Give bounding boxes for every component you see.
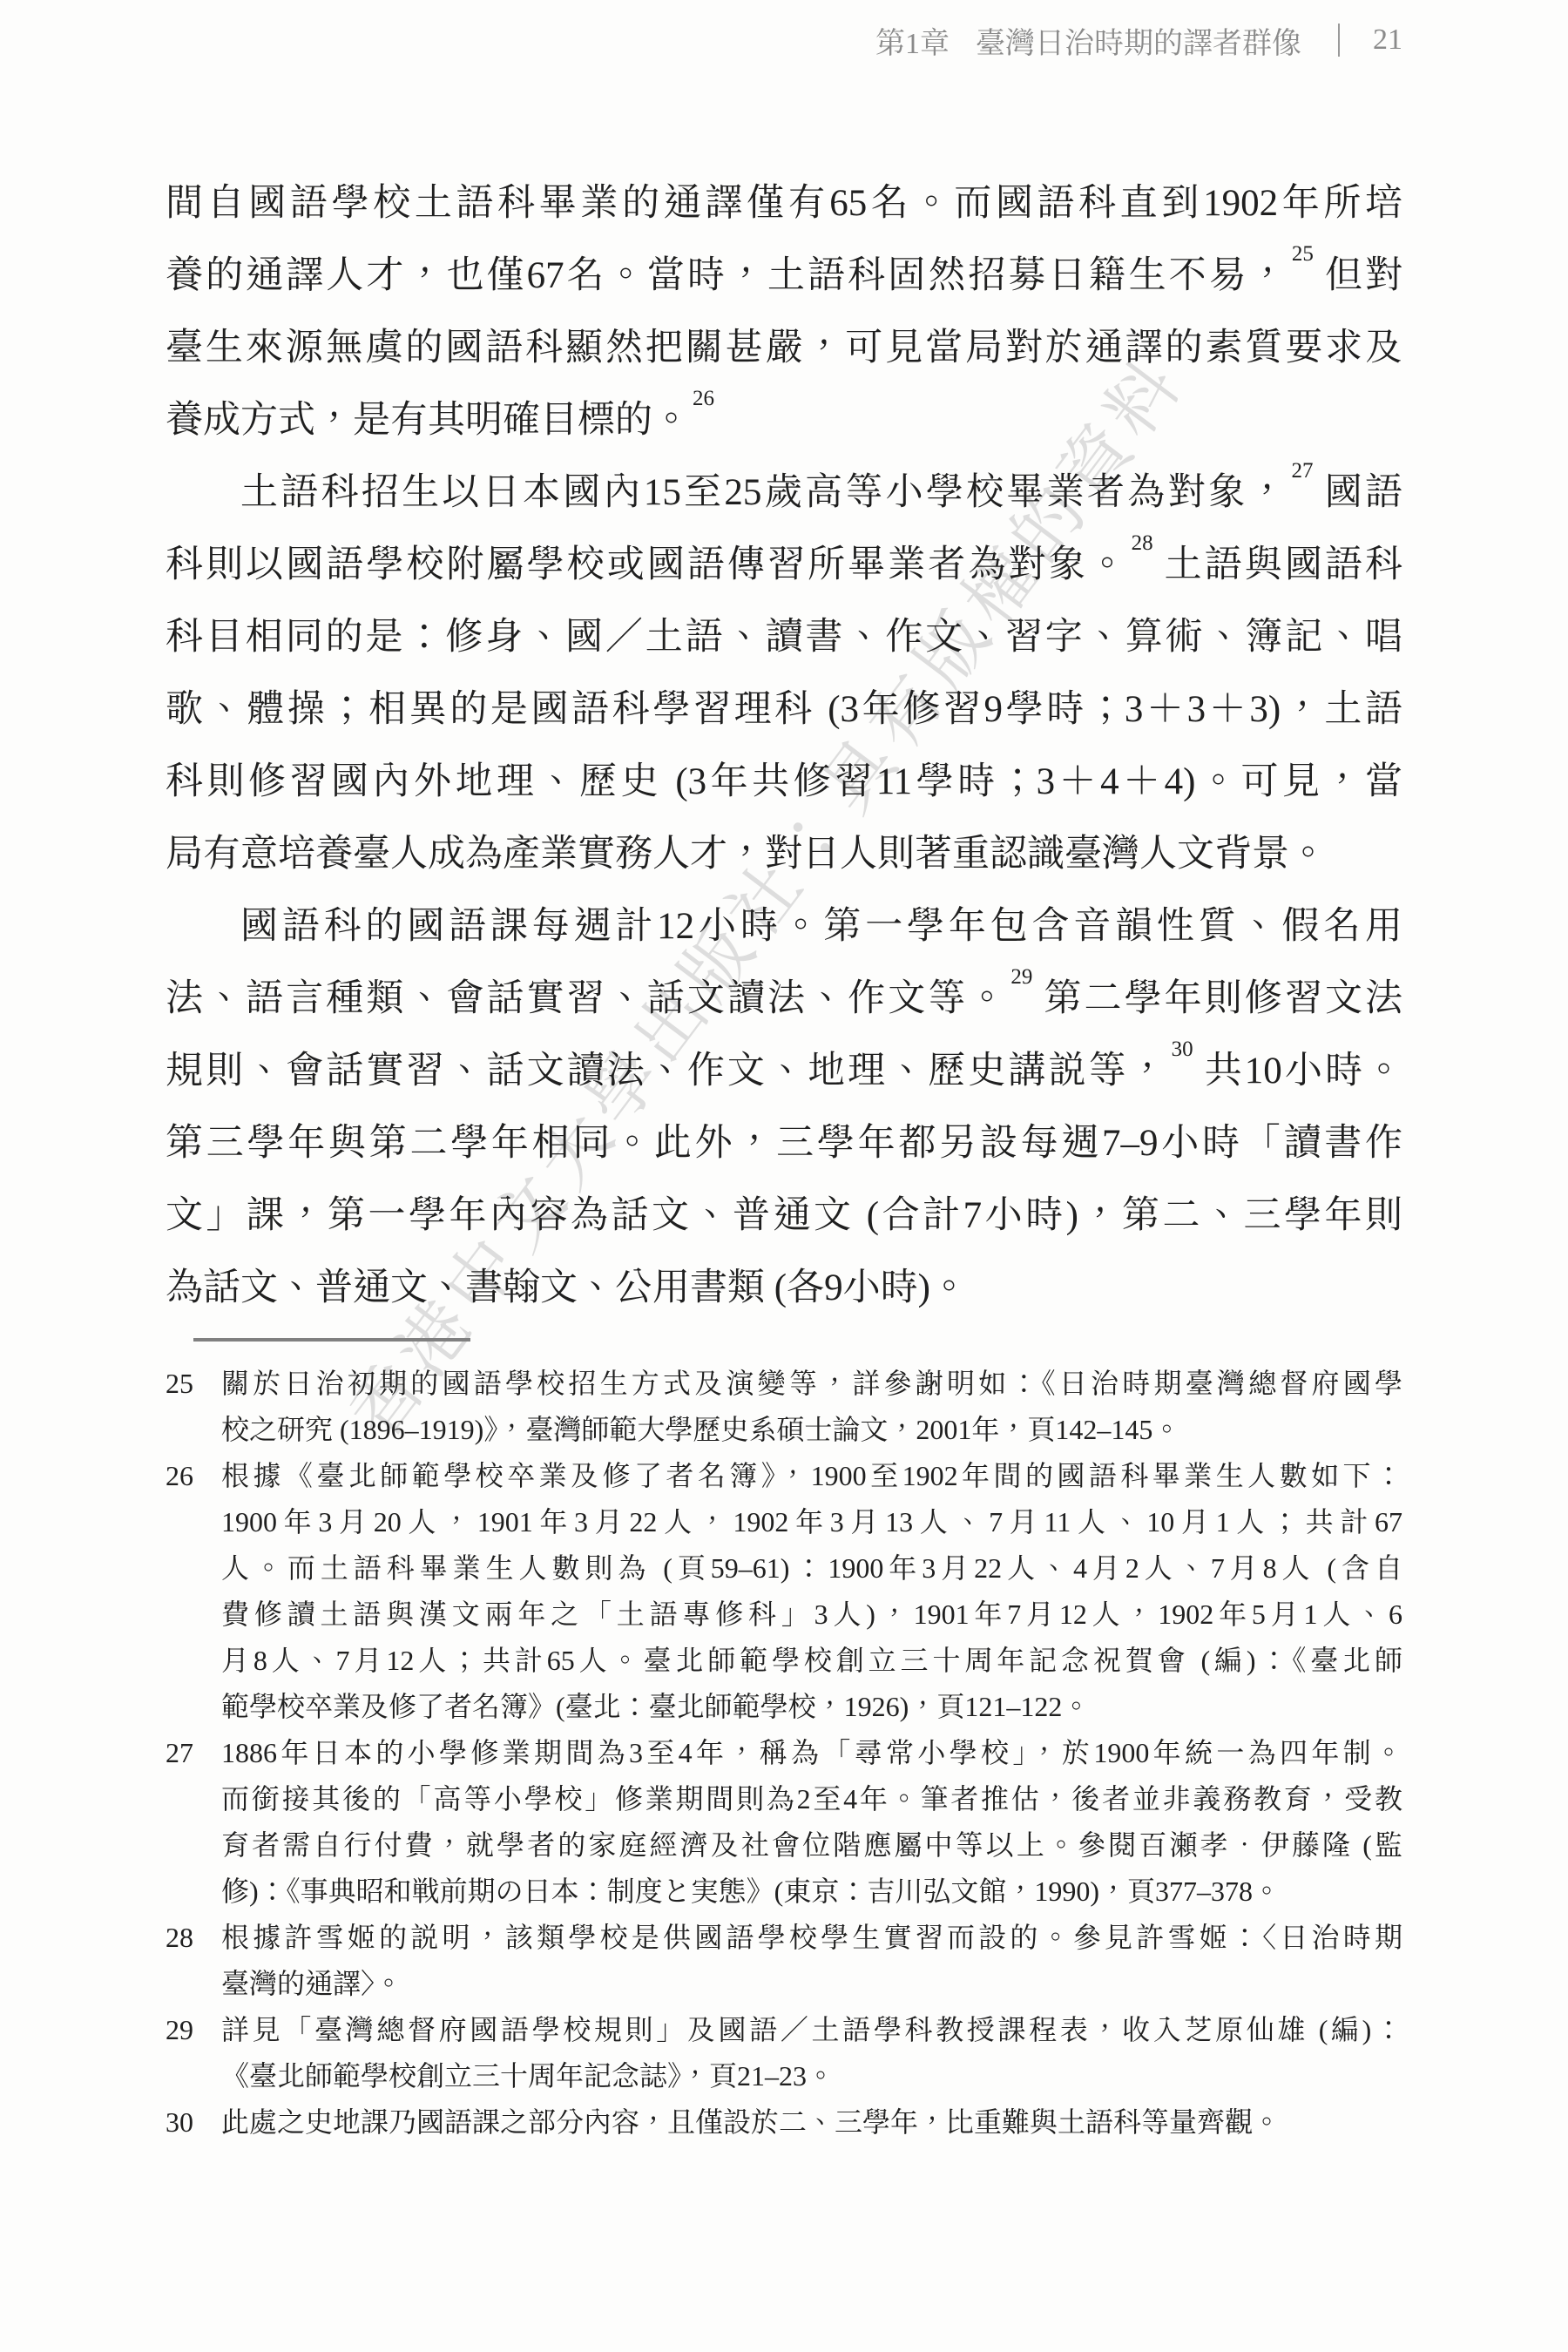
- running-header: 第1章 臺灣日治時期的譯者群像 21: [166, 19, 1402, 61]
- footnote-line: 而銜接其後的「高等小學校」修業期間則為2至4年。筆者推估，後者並非義務教育，受教: [221, 1776, 1402, 1822]
- footnote-line: 修)：《事典昭和戦前期の日本：制度と実態》(東京：吉川弘文館，1990)，頁37…: [221, 1869, 1402, 1915]
- footnote-ref: 27: [1291, 459, 1313, 483]
- footnote-ref: 25: [1292, 242, 1314, 266]
- footnote-line: 校之研究 (1896–1919)》，臺灣師範大學歷史系碩士論文，2001年，頁1…: [221, 1407, 1402, 1453]
- body-line: 規則、會話實習、話文讀法、作文、地理、歷史講説等，30共10小時。: [166, 1035, 1402, 1107]
- footnote: 25關於日治初期的國語學校招生方式及演變等，詳參謝明如：《日治時期臺灣總督府國學…: [166, 1361, 1402, 1453]
- footnote: 271886年日本的小學修業期間為3至4年，稱為「尋常小學校」，於1900年統一…: [166, 1730, 1402, 1915]
- body-line: 間自國語學校土語科畢業的通譯僅有65名。而國語科直到1902年所培: [166, 167, 1402, 240]
- chapter-title: 臺灣日治時期的譯者群像: [976, 19, 1301, 62]
- footnote-line: 臺灣的通譯〉。: [221, 1961, 1402, 2007]
- footnote-line: 此處之史地課乃國語課之部分內容，且僅設於二、三學年，比重難與土語科等量齊觀。: [221, 2099, 1402, 2146]
- body-line: 法、語言種類、會話實習、話文讀法、作文等。29第二學年則修習文法: [166, 963, 1402, 1035]
- footnote-number: 29: [166, 2007, 221, 2099]
- body-line: 科則修習國內外地理、歷史 (3年共修習11學時；3＋4＋4)。可見，當: [166, 746, 1402, 818]
- footnote: 30此處之史地課乃國語課之部分內容，且僅設於二、三學年，比重難與土語科等量齊觀。: [166, 2099, 1402, 2146]
- footnote-line: 月8人、7月12人；共計65人。臺北師範學校創立三十周年記念祝賀會 (編)：《臺…: [221, 1638, 1402, 1684]
- footnote-text: 關於日治初期的國語學校招生方式及演變等，詳參謝明如：《日治時期臺灣總督府國學校之…: [221, 1361, 1402, 1453]
- body-line: 為話文、普通文、書翰文、公用書類 (各9小時)。: [166, 1252, 1402, 1324]
- body-line: 養的通譯人才，也僅67名。當時，土語科固然招募日籍生不易，25但對: [166, 240, 1402, 312]
- footnote-line: 《臺北師範學校創立三十周年記念誌》，頁21–23。: [221, 2053, 1402, 2099]
- body-line: 國語科的國語課每週計12小時。第一學年包含音韻性質、假名用: [166, 890, 1402, 963]
- footnote-line: 根據許雪姬的説明，該類學校是供國語學校學生實習而設的。參見許雪姬：〈日治時期: [221, 1915, 1402, 1961]
- footnote-line: 關於日治初期的國語學校招生方式及演變等，詳參謝明如：《日治時期臺灣總督府國學: [221, 1361, 1402, 1407]
- footnote-ref: 26: [693, 387, 714, 410]
- body-line: 科則以國語學校附屬學校或國語傳習所畢業者為對象。28土語與國語科: [166, 529, 1402, 601]
- chapter-label: 第1章: [875, 19, 950, 62]
- body-line: 科目相同的是：修身、國／土語、讀書、作文、習字、算術、簿記、唱: [166, 601, 1402, 673]
- footnote-line: 根據《臺北師範學校卒業及修了者名簿》，1900至1902年間的國語科畢業生人數如…: [221, 1453, 1402, 1499]
- footnote-number: 27: [166, 1730, 221, 1915]
- page-number: 21: [1373, 24, 1402, 57]
- footnote-number: 26: [166, 1453, 221, 1730]
- footnote-line: 詳見「臺灣總督府國語學校規則」及國語／土語學科教授課程表，收入芝原仙雄 (編)：: [221, 2007, 1402, 2053]
- footnote-line: 人。而土語科畢業生人數則為 (頁59–61)：1900年3月22人、4月2人、7…: [221, 1545, 1402, 1592]
- footnote-text: 根據許雪姬的説明，該類學校是供國語學校學生實習而設的。參見許雪姬：〈日治時期臺灣…: [221, 1915, 1402, 2007]
- footnote: 26根據《臺北師範學校卒業及修了者名簿》，1900至1902年間的國語科畢業生人…: [166, 1453, 1402, 1730]
- body-line: 文」課，第一學年內容為話文、普通文 (合計7小時)，第二、三學年則: [166, 1179, 1402, 1252]
- footnote-line: 育者需自行付費，就學者的家庭經濟及社會位階應屬中等以上。參閱百瀬孝．伊藤隆 (監: [221, 1822, 1402, 1869]
- page-content: 第1章 臺灣日治時期的譯者群像 21 間自國語學校土語科畢業的通譯僅有65名。而…: [166, 19, 1402, 2146]
- footnote-ref: 28: [1132, 531, 1153, 555]
- footnote-separator: [193, 1338, 470, 1342]
- footnote-number: 25: [166, 1361, 221, 1453]
- body-text: 間自國語學校土語科畢業的通譯僅有65名。而國語科直到1902年所培養的通譯人才，…: [166, 167, 1402, 1324]
- body-line: 養成方式，是有其明確目標的。26: [166, 384, 1402, 456]
- footnote-number: 30: [166, 2099, 221, 2146]
- footnote-text: 詳見「臺灣總督府國語學校規則」及國語／土語學科教授課程表，收入芝原仙雄 (編)：…: [221, 2007, 1402, 2099]
- footnotes-list: 25關於日治初期的國語學校招生方式及演變等，詳參謝明如：《日治時期臺灣總督府國學…: [166, 1361, 1402, 2146]
- footnote-ref: 29: [1010, 965, 1032, 989]
- body-line: 土語科招生以日本國內15至25歲高等小學校畢業者為對象，27國語: [166, 456, 1402, 529]
- footnote-ref: 30: [1172, 1037, 1193, 1061]
- body-line: 歌、體操；相異的是國語科學習理科 (3年修習9學時；3＋3＋3)，土語: [166, 673, 1402, 746]
- body-line: 局有意培養臺人成為產業實務人才，對日人則著重認識臺灣人文背景。: [166, 818, 1402, 890]
- footnote-line: 1900年3月20人，1901年3月22人，1902年3月13人、7月11人、1…: [221, 1499, 1402, 1545]
- footnote-line: 範學校卒業及修了者名簿》(臺北：臺北師範學校，1926)，頁121–122。: [221, 1684, 1402, 1730]
- footnote-text: 根據《臺北師範學校卒業及修了者名簿》，1900至1902年間的國語科畢業生人數如…: [221, 1453, 1402, 1730]
- body-line: 臺生來源無虞的國語科顯然把關甚嚴，可見當局對於通譯的素質要求及: [166, 312, 1402, 384]
- footnote-text: 1886年日本的小學修業期間為3至4年，稱為「尋常小學校」，於1900年統一為四…: [221, 1730, 1402, 1915]
- footnote-line: 費修讀土語與漢文兩年之「土語專修科」3人)，1901年7月12人，1902年5月…: [221, 1592, 1402, 1638]
- body-line: 第三學年與第二學年相同。此外，三學年都另設每週7–9小時「讀書作: [166, 1107, 1402, 1179]
- footnote: 28根據許雪姬的説明，該類學校是供國語學校學生實習而設的。參見許雪姬：〈日治時期…: [166, 1915, 1402, 2007]
- header-divider: [1338, 24, 1340, 57]
- footnote-line: 1886年日本的小學修業期間為3至4年，稱為「尋常小學校」，於1900年統一為四…: [221, 1730, 1402, 1776]
- footnote-text: 此處之史地課乃國語課之部分內容，且僅設於二、三學年，比重難與土語科等量齊觀。: [221, 2099, 1402, 2146]
- footnote-number: 28: [166, 1915, 221, 2007]
- footnote: 29詳見「臺灣總督府國語學校規則」及國語／土語學科教授課程表，收入芝原仙雄 (編…: [166, 2007, 1402, 2099]
- book-page: 香港中文大學出版社：具有版權的資料 第1章 臺灣日治時期的譯者群像 21 間自國…: [0, 0, 1568, 2352]
